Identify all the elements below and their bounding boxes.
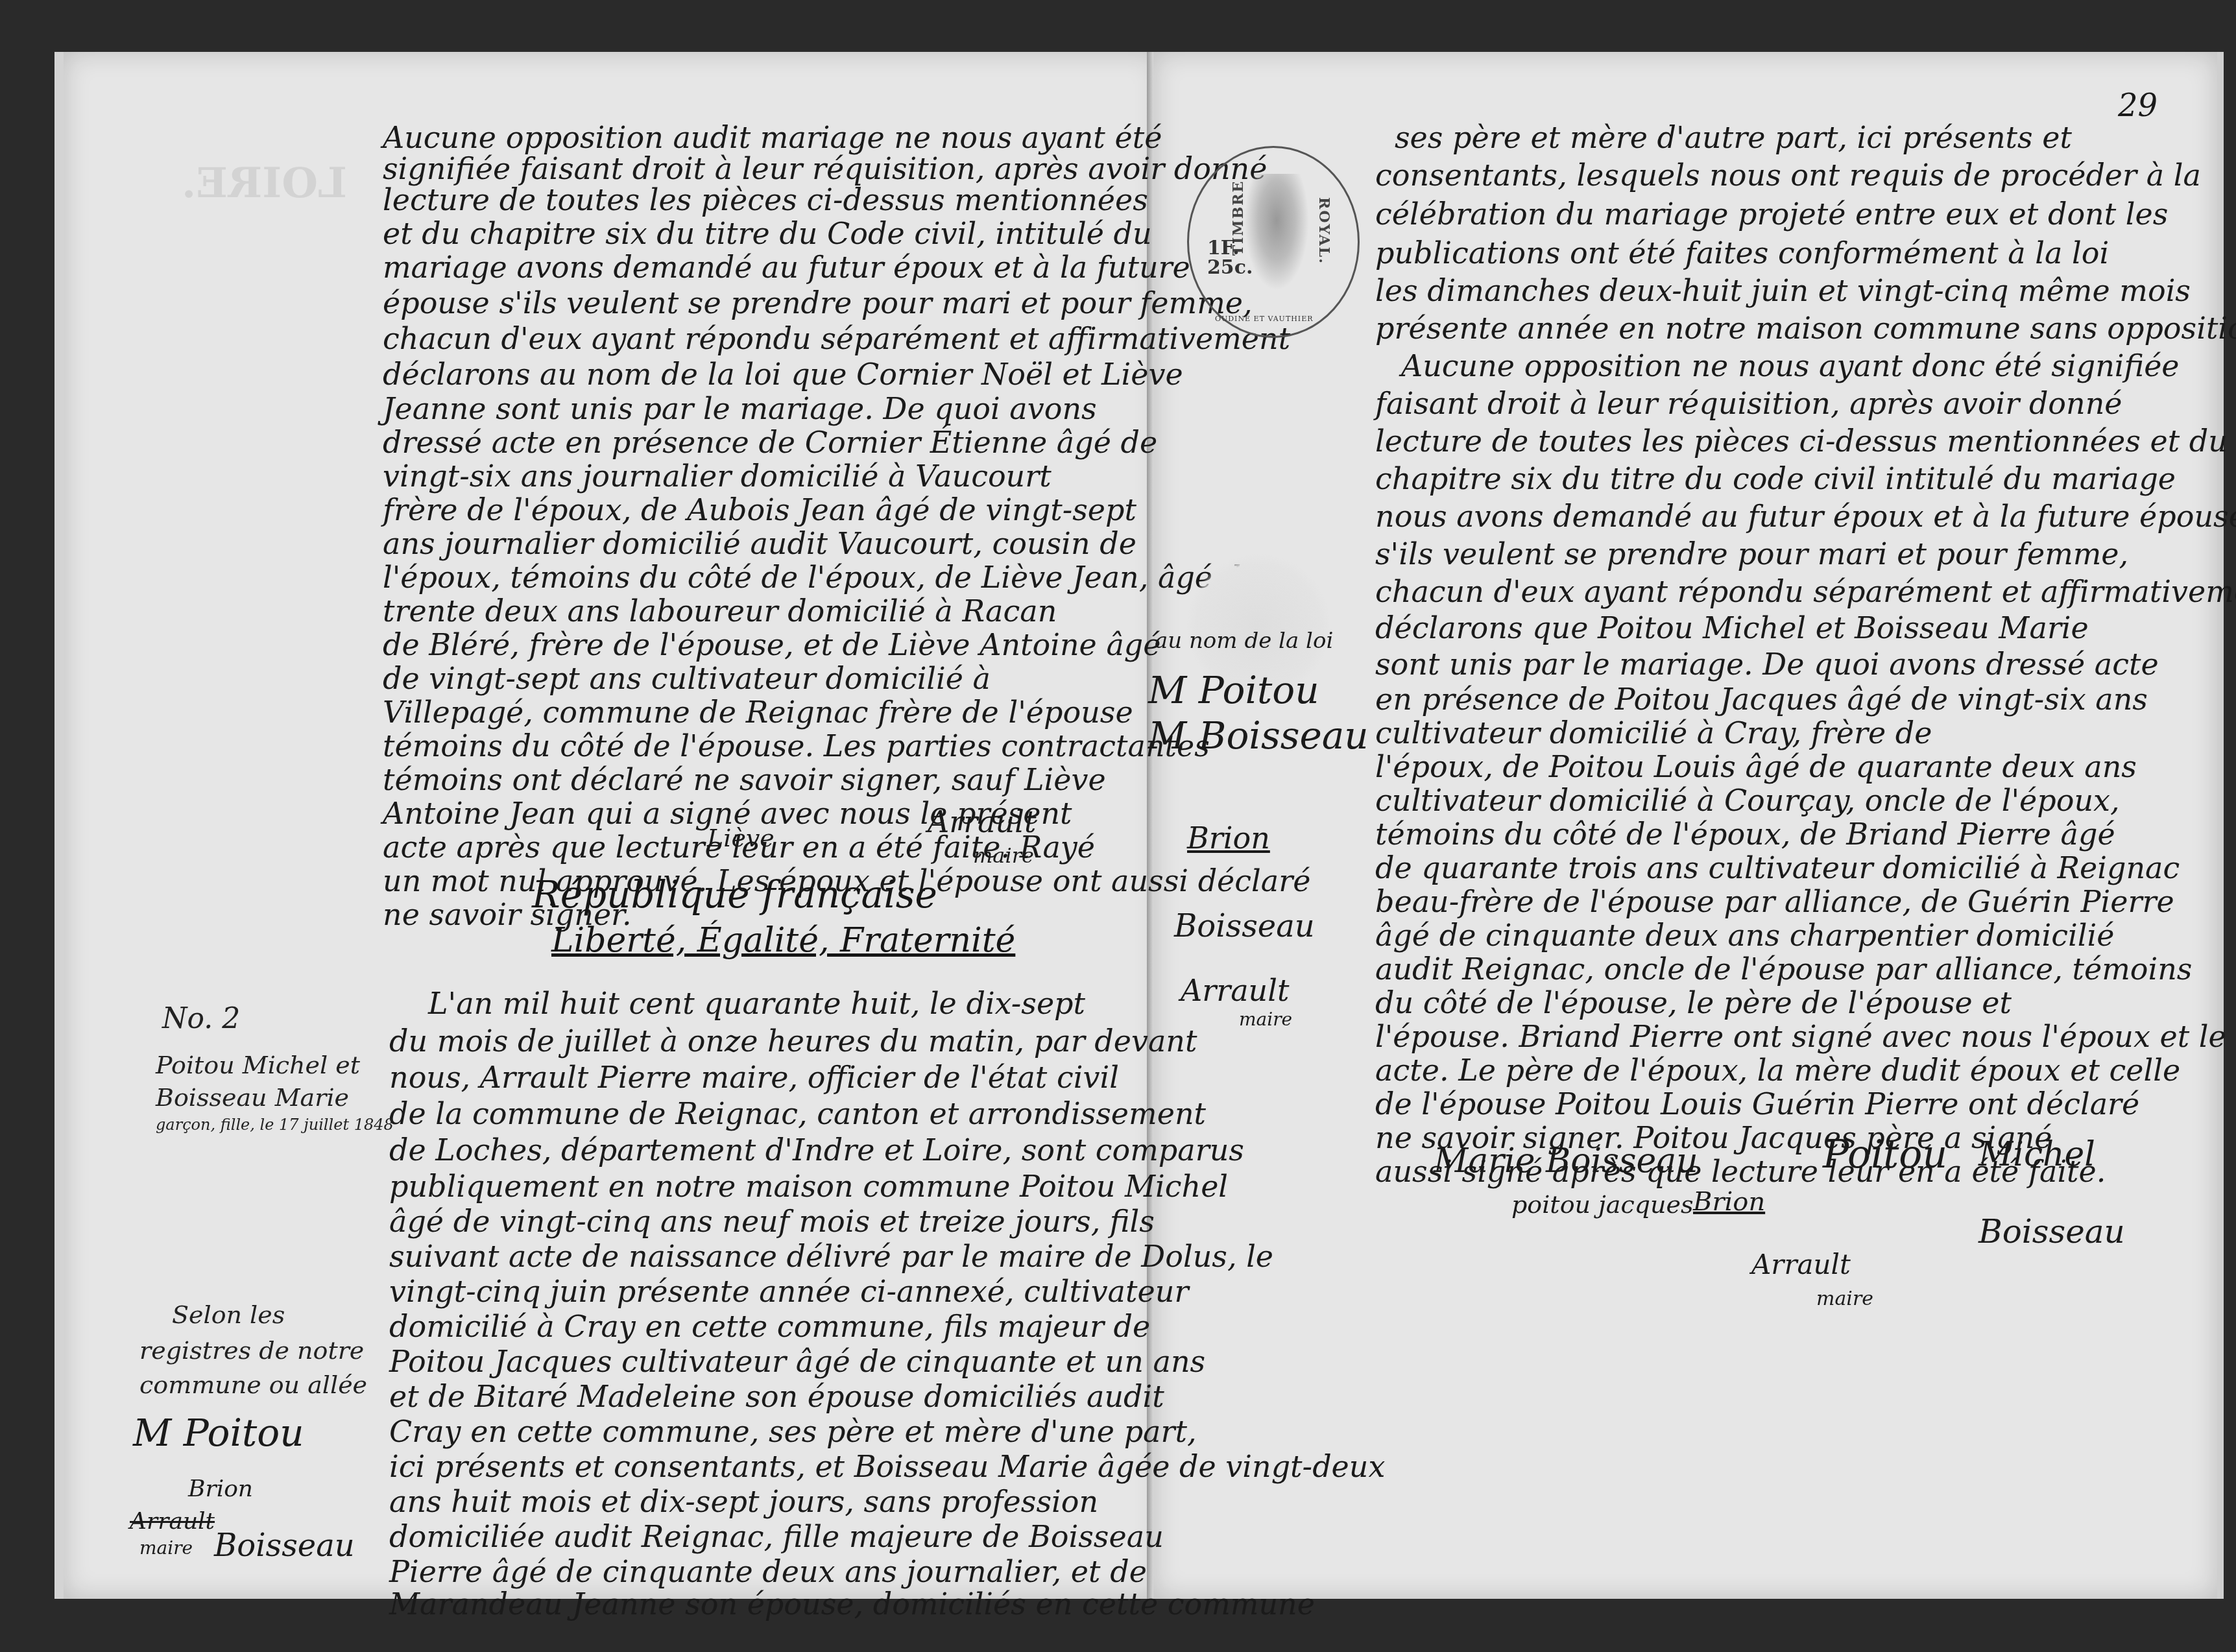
body-line: vingt-six ans journalier domicilié à Vau… (383, 459, 1052, 494)
body-line: signifiée faisant droit à leur réquisiti… (383, 151, 1267, 186)
signature-father: poitou jacques (1511, 1190, 1694, 1219)
body-line: âgé de cinquante deux ans charpentier do… (1375, 918, 2114, 953)
body-line: ici présents et consentants, et Boisseau… (389, 1449, 1385, 1484)
body-line: de vingt-sept ans cultivateur domicilié … (383, 661, 991, 696)
body-line: l'époux, témoins du côté de l'époux, de … (383, 560, 1258, 595)
signature-mayor-title: maire (1816, 1287, 1873, 1310)
body-line: nous, Arrault Pierre maire, officier de … (389, 1060, 1119, 1095)
margin-signature-boisseau: M Boisseau (1148, 713, 1369, 758)
body-line: chacun d'eux ayant répondu séparément et… (383, 321, 1290, 356)
body-line: Jeanne sont unis par le mariage. De quoi… (383, 391, 1097, 426)
body-line: ses père et mère d'autre part, ici prése… (1395, 120, 2072, 155)
body-line: épouse s'ils veulent se prendre pour mar… (383, 285, 1253, 320)
body-line: trente deux ans laboureur domicilié à Ra… (383, 593, 1057, 628)
margin-names-line: Boisseau Marie (156, 1083, 349, 1112)
margin-names-line: Poitou Michel et (156, 1051, 360, 1079)
margin-signature-poitou: M Poitou (133, 1411, 304, 1455)
body-line: témoins du côté de l'époux, de Briand Pi… (1375, 817, 2115, 852)
stamp-value-franc: 1F. (1207, 239, 1253, 258)
margin-signature-poitou: M Poitou (1148, 668, 1319, 712)
body-line: en présence de Poitou Jacques âgé de vin… (1375, 682, 2148, 717)
body-line: de Bléré, frère de l'épouse, et de Liève… (383, 627, 1161, 662)
heading-devise: Liberté, Égalité, Fraternité (551, 921, 1015, 960)
bleed-through-title: LOIRE. (182, 159, 347, 208)
body-line: publiquement en notre maison commune Poi… (389, 1169, 1228, 1204)
signature-mayor: Arrault (1751, 1249, 1851, 1280)
body-line: et du chapitre six du titre du Code civi… (383, 216, 1152, 251)
signature-groom-given: Michel (1978, 1135, 2095, 1174)
body-line: Marandeau Jeanne son épouse, domiciliés … (389, 1586, 1315, 1622)
margin-signature-arrault: Arrault (130, 1508, 215, 1535)
body-line: acte. Le père de l'époux, la mère dudit … (1375, 1053, 2180, 1088)
signature-groom-surname: Poitou (1823, 1132, 1947, 1177)
body-line: de Loches, département d'Indre et Loire,… (389, 1132, 1244, 1167)
margin-signature-arrault: Arrault (1181, 973, 1289, 1008)
body-line: frère de l'époux, de Aubois Jean âgé de … (383, 492, 1136, 527)
margin-signature-brion: Brion (188, 1476, 253, 1502)
body-line: dressé acte en présence de Cornier Étien… (383, 425, 1157, 460)
signature-mark: Liève (707, 824, 775, 852)
body-line: chacun d'eux ayant répondu séparément et… (1375, 574, 2236, 609)
stamp-value-cent: 25c. (1207, 258, 1253, 278)
page-number: 29 (2118, 88, 2158, 124)
margin-signature-boisseau: Boisseau (214, 1527, 355, 1564)
body-line: âgé de vingt-cinq ans neuf mois et treiz… (389, 1204, 1155, 1239)
body-line: Poitou Jacques cultivateur âgé de cinqua… (389, 1344, 1205, 1379)
body-line: témoins du côté de l'épouse. Les parties… (383, 728, 1210, 763)
body-line: domiciliée audit Reignac, fille majeure … (389, 1519, 1164, 1554)
margin-note-au-nom: au nom de la loi (1155, 628, 1333, 654)
body-line: déclarons au nom de la loi que Cornier N… (383, 357, 1183, 392)
body-line: l'époux, de Poitou Louis âgé de quarante… (1375, 749, 2137, 784)
body-line: célébration du mariage projeté entre eux… (1375, 197, 2168, 232)
margin-note-line: registres de notre (139, 1336, 364, 1365)
margin-note-line: commune ou allée (139, 1371, 367, 1399)
body-line: cultivateur domicilié à Cray, frère de (1375, 715, 1932, 750)
body-line: L'an mil huit cent quarante huit, le dix… (428, 986, 1085, 1021)
body-line: du côté de l'épouse, le père de l'épouse… (1375, 985, 2012, 1020)
signature-witness: Brion (1693, 1187, 1765, 1217)
stamp-right-text: ROYAL. (1316, 197, 1332, 265)
margin-signature-boisseau-2: Boisseau (1174, 908, 1315, 944)
margin-date-line: garçon, fille, le 17 juillet 1848 (156, 1116, 394, 1134)
body-line: suivant acte de naissance délivré par le… (389, 1239, 1273, 1274)
body-line: présente année en notre maison commune s… (1375, 311, 2236, 346)
timbre-royal-stamp: TIMBRE ROYAL. 1F. 25c. OUDINE ET VAUTHIE… (1187, 146, 1360, 338)
body-line: l'épouse. Briand Pierre ont signé avec n… (1375, 1019, 2236, 1054)
body-line: domicilié à Cray en cette commune, fils … (389, 1309, 1150, 1344)
body-line: témoins ont déclaré ne savoir signer, sa… (383, 762, 1106, 797)
margin-note-line: Selon les (172, 1300, 285, 1329)
act-number: No. 2 (162, 1002, 240, 1035)
body-line: ans journalier domicilié audit Vaucourt,… (383, 526, 1136, 561)
body-line: s'ils veulent se prendre pour mari et po… (1375, 536, 2128, 571)
body-line: déclarons que Poitou Michel et Boisseau … (1375, 610, 2089, 645)
body-line: chapitre six du titre du code civil inti… (1375, 461, 2176, 496)
body-line: les dimanches deux-huit juin et vingt-ci… (1375, 273, 2191, 308)
body-line: lecture de toutes les pièces ci-dessus m… (1375, 424, 2228, 459)
mayor-title: maire (973, 843, 1034, 868)
body-line: Aucune opposition ne nous ayant donc été… (1401, 348, 2180, 383)
body-line: du mois de juillet à onze heures du mati… (389, 1024, 1197, 1059)
body-line: de la commune de Reignac, canton et arro… (389, 1096, 1206, 1131)
body-line: audit Reignac, oncle de l'épouse par all… (1375, 952, 2192, 987)
body-line: cultivateur domicilié à Courçay, oncle d… (1375, 783, 2120, 818)
body-line: beau-frère de l'épouse par alliance, de … (1375, 884, 2174, 919)
body-line: et de Bitaré Madeleine son épouse domici… (389, 1379, 1164, 1414)
body-line: lecture de toutes les pièces ci-dessus m… (383, 182, 1148, 217)
body-line: Cray en cette commune, ses père et mère … (389, 1414, 1197, 1449)
body-line: de quarante trois ans cultivateur domici… (1375, 850, 2180, 885)
margin-signature-brion: Brion (1187, 820, 1270, 856)
margin-signature-title: maire (139, 1537, 193, 1559)
body-line: consentants, lesquels nous ont requis de… (1375, 158, 2201, 193)
body-line: Aucune opposition audit mariage ne nous … (383, 120, 1162, 155)
body-line: publications ont été faites conformément… (1375, 235, 2109, 270)
body-line: vingt-cinq juin présente année ci-annexé… (389, 1274, 1188, 1309)
body-line: Pierre âgé de cinquante deux ans journal… (389, 1554, 1147, 1589)
heading-republique: République française (532, 872, 937, 916)
body-line: Villepagé, commune de Reignac frère de l… (383, 695, 1133, 730)
body-line: sont unis par le mariage. De quoi avons … (1375, 647, 2159, 682)
body-line: ans huit mois et dix-sept jours, sans pr… (389, 1484, 1098, 1519)
stamp-value: 1F. 25c. (1207, 239, 1253, 278)
body-line: mariage avons demandé au futur époux et … (383, 250, 1190, 285)
body-line: de l'épouse Poitou Louis Guérin Pierre o… (1375, 1086, 2139, 1121)
stamp-printer: OUDINE ET VAUTHIER (1215, 315, 1313, 323)
signature-boisseau: Boisseau (1978, 1213, 2125, 1251)
mayor-signature: Arrault (928, 804, 1036, 839)
seated-justice-figure-icon (1244, 174, 1309, 291)
body-line: nous avons demandé au futur époux et à l… (1375, 499, 2236, 534)
margin-signature-title: maire (1239, 1009, 1292, 1030)
signature-bride: Marie Boisseau (1434, 1142, 1698, 1180)
body-line: faisant droit à leur réquisition, après … (1375, 386, 2122, 421)
